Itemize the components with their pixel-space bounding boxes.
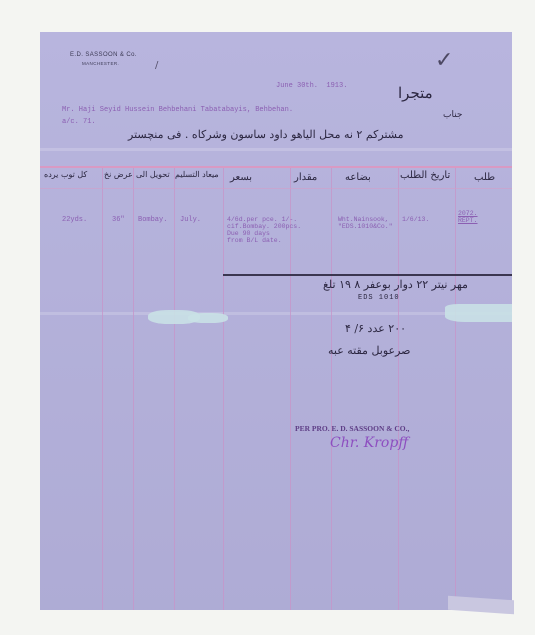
- persian-note: صرعوبل مقته عبه: [328, 344, 411, 357]
- cell-length: 22yds.: [62, 216, 87, 224]
- cell-destination: Bombay.: [138, 216, 167, 224]
- account-reference: a/c. 71.: [62, 118, 96, 126]
- company-name: E.D. SASSOON & Co.: [70, 52, 137, 58]
- paper-stain: [188, 313, 228, 323]
- grid-line: [331, 168, 332, 610]
- signature: Chr. Kropff: [330, 435, 408, 451]
- grid-line: [223, 168, 224, 610]
- persian-title: متجرا: [398, 84, 433, 102]
- letter-date: June 30th. 1913.: [276, 82, 347, 90]
- grid-line: [133, 168, 134, 610]
- fold-crease: [40, 148, 512, 151]
- column-header-order: طلب: [474, 172, 495, 183]
- fold-crease: [40, 312, 512, 315]
- cell-width: 36": [112, 216, 125, 224]
- header-rule-bottom: [40, 188, 512, 189]
- addressee: Mr. Haji Seyid Hussein Behbehani Tabatab…: [62, 106, 293, 114]
- persian-salutation: جناب: [443, 110, 463, 120]
- grid-line: [455, 168, 456, 610]
- cell-goods: Wht.Nainsook, "EDS.1010&Co.": [338, 216, 393, 230]
- cell-order-date: 1/6/13.: [402, 216, 429, 224]
- persian-note: مهر نیتر ۲۲ دوار بوعفر ۸ ۱۹ تلغ: [323, 278, 468, 291]
- cell-price-terms: 4/6d.per pce. 1/-. cif.Bombay. 200pcs. D…: [227, 216, 301, 244]
- cell-delivery-month: July.: [180, 216, 201, 224]
- total-rule: [223, 274, 512, 276]
- letterhead: E.D. SASSOON & Co. MANCHESTER.: [70, 52, 137, 66]
- check-mark-icon: ✓: [435, 48, 453, 73]
- column-header-width: عرض نخ: [104, 170, 133, 179]
- column-header-deliver-to: تحویل الی: [136, 170, 170, 179]
- column-header-length: کل توب یرده: [44, 170, 87, 179]
- per-pro-stamp: PER PRO. E. D. SASSOON & CO.,: [295, 424, 409, 433]
- persian-note: ۲۰۰ عدد ۶/ ۴: [345, 322, 406, 335]
- column-header-price: بسعر: [230, 172, 252, 183]
- document-page: E.D. SASSOON & Co. MANCHESTER. / ✓ June …: [40, 32, 512, 610]
- grid-line: [102, 168, 103, 610]
- handwritten-code: EDS 1010: [358, 294, 400, 302]
- check-mark-icon: /: [155, 60, 158, 71]
- column-header-order-date: تاریخ الطلب: [400, 170, 450, 181]
- company-city: MANCHESTER.: [82, 61, 137, 66]
- cell-order-number: 2072. REPT.: [458, 210, 478, 224]
- grid-line: [174, 168, 175, 610]
- column-header-quantity: مقدار: [294, 172, 317, 183]
- persian-subject-line: مشترکم ۲ نه محل الیاهو داود ساسون وشرکاه…: [128, 128, 404, 141]
- column-header-delivery: میعاد التسلیم: [175, 170, 219, 179]
- paper-stain: [445, 304, 512, 322]
- column-header-goods: بضاعه: [345, 172, 371, 183]
- header-rule-top: [40, 166, 512, 168]
- grid-line: [398, 168, 399, 610]
